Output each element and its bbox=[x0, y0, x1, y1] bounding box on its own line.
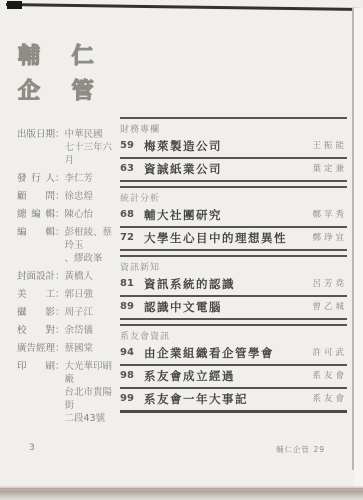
end-divider bbox=[120, 410, 347, 413]
masthead-row: 顧問：徐忠煌 bbox=[17, 190, 119, 203]
toc-section-header: 統計分析 bbox=[120, 193, 347, 205]
section-divider bbox=[120, 249, 347, 257]
divider bbox=[120, 157, 347, 159]
toc-entry-title: 大學生心目中的理想異性 bbox=[144, 231, 312, 245]
toc-entry-title: 資誠紙業公司 bbox=[144, 162, 312, 176]
toc-entry-title: 由企業組織看企管學會 bbox=[144, 346, 312, 360]
masthead-label: 印刷 bbox=[17, 360, 55, 425]
toc-entry: 63 資誠紙業公司 葉定兼 bbox=[120, 162, 347, 176]
masthead-label: 編輯 bbox=[17, 226, 55, 265]
toc-entry: 68 輔大社團研究 鄭苹秀 bbox=[120, 208, 347, 222]
toc-entry: 72 大學生心目中的理想異性 鄭琤宜 bbox=[120, 231, 347, 245]
footer-page-number: 3 bbox=[29, 443, 35, 453]
masthead-label: 發行人 bbox=[17, 172, 55, 185]
toc-entry-page: 72 bbox=[120, 231, 137, 245]
masthead-row: 封面設計：黃橋人 bbox=[17, 270, 119, 283]
toc-section-header: 系友會資訊 bbox=[120, 331, 347, 343]
masthead-colon: ： bbox=[55, 128, 65, 167]
magazine-toc-page: 輔 仁 企 管 出版日期：中華民國 七十三年六月 發行人：李仁芳 顧問：徐忠煌 … bbox=[0, 0, 363, 500]
toc-entry-author: 系友會 bbox=[312, 392, 347, 406]
toc-entry-page: 89 bbox=[120, 300, 137, 314]
masthead-label: 封面設計 bbox=[17, 270, 55, 283]
masthead-row: 廣告經理：蔡國棠 bbox=[17, 342, 119, 355]
masthead-label: 總編輯 bbox=[17, 208, 55, 221]
toc-entry-title: 梅萊製造公司 bbox=[144, 139, 312, 153]
masthead-value: 周子江 bbox=[65, 306, 94, 319]
journal-logo: 輔 仁 企 管 bbox=[18, 46, 106, 116]
masthead-colon: ： bbox=[55, 172, 65, 185]
toc-entry-title: 系友會成立經過 bbox=[144, 369, 312, 383]
toc-entry: 81 資訊系統的認識 呂芳堯 bbox=[120, 277, 347, 291]
masthead-value: 中華民國 七十三年六月 bbox=[65, 128, 119, 167]
masthead-colon: ： bbox=[55, 342, 65, 355]
toc-entry-author: 鄭苹秀 bbox=[312, 208, 347, 222]
divider bbox=[120, 295, 347, 297]
toc-entry: 59 梅萊製造公司 王振能 bbox=[120, 139, 347, 153]
toc-entry: 89 認識中文電腦 曾乙城 bbox=[120, 300, 347, 314]
toc-entry: 99 系友會一年大事記 系友會 bbox=[120, 392, 347, 406]
masthead-colon: ： bbox=[55, 324, 65, 337]
section-divider bbox=[120, 318, 347, 326]
masthead-row: 總編輯：陳心怡 bbox=[17, 208, 119, 221]
toc-entry-title: 輔大社團研究 bbox=[144, 208, 312, 222]
toc-entry-page: 63 bbox=[120, 162, 137, 176]
scan-right-strip bbox=[354, 8, 363, 486]
masthead-label: 美工 bbox=[17, 288, 55, 301]
masthead-value: 徐忠煌 bbox=[65, 190, 94, 203]
toc-entry-title: 資訊系統的認識 bbox=[144, 277, 312, 291]
toc-entry-page: 98 bbox=[120, 369, 137, 383]
toc-entry-author: 王振能 bbox=[312, 139, 347, 153]
logo-line-2: 企 管 bbox=[18, 81, 106, 103]
masthead-colon: ： bbox=[55, 190, 65, 203]
masthead-colon: ： bbox=[55, 226, 65, 265]
toc-entry-title: 認識中文電腦 bbox=[144, 300, 312, 314]
toc-entry-page: 94 bbox=[120, 346, 137, 360]
toc-section-header: 資訊新知 bbox=[120, 262, 347, 274]
masthead-row: 印刷：大光華印刷廠 台北市貴陽街 二段43號 bbox=[17, 360, 119, 425]
masthead-colon: ： bbox=[55, 360, 65, 425]
toc-entry-author: 鄭琤宜 bbox=[312, 231, 347, 245]
section-divider bbox=[120, 180, 347, 188]
toc-entry: 98 系友會成立經過 系友會 bbox=[120, 369, 347, 383]
toc-section-header: 財務專欄 bbox=[120, 124, 347, 136]
masthead-value: 余岱儀 bbox=[65, 324, 94, 337]
masthead-value: 郭日強 bbox=[65, 288, 94, 301]
masthead-colon: ： bbox=[55, 208, 65, 221]
scan-right-edge bbox=[352, 8, 354, 470]
masthead-label: 廣告經理 bbox=[17, 342, 55, 355]
masthead-row: 攝影：周子江 bbox=[17, 306, 119, 319]
scan-corner-blob bbox=[7, 1, 22, 9]
toc-entry-author: 系友會 bbox=[312, 369, 347, 383]
masthead-label: 出版日期 bbox=[17, 128, 55, 167]
toc-entry-page: 68 bbox=[120, 208, 137, 222]
scan-bottom-line bbox=[0, 488, 363, 489]
masthead-value: 黃橋人 bbox=[65, 270, 94, 283]
toc-entry-page: 81 bbox=[120, 277, 137, 291]
masthead-colon: ： bbox=[55, 288, 65, 301]
masthead-row: 美工：郭日強 bbox=[17, 288, 119, 301]
divider bbox=[120, 117, 347, 119]
table-of-contents: 財務專欄 59 梅萊製造公司 王振能 63 資誠紙業公司 葉定兼 統計分析 68… bbox=[120, 117, 347, 413]
masthead-row: 發行人：李仁芳 bbox=[17, 172, 119, 185]
masthead-label: 攝影 bbox=[17, 306, 55, 319]
masthead-value: 蔡國棠 bbox=[65, 342, 94, 355]
masthead-colon: ： bbox=[55, 306, 65, 319]
masthead-value: 彭柑綾、蔡玲玉 、繆政峯 bbox=[65, 226, 119, 265]
masthead-row: 編輯：彭柑綾、蔡玲玉 、繆政峯 bbox=[17, 226, 119, 265]
masthead-value: 陳心怡 bbox=[65, 208, 94, 221]
toc-entry-page: 99 bbox=[120, 392, 137, 406]
divider bbox=[120, 364, 347, 366]
scan-top-edge bbox=[6, 3, 363, 11]
toc-entry-author: 許可武 bbox=[312, 346, 347, 360]
toc-entry-title: 系友會一年大事記 bbox=[144, 392, 312, 406]
masthead-label: 校對 bbox=[17, 324, 55, 337]
divider bbox=[120, 387, 347, 389]
toc-entry-author: 葉定兼 bbox=[312, 162, 347, 176]
masthead: 出版日期：中華民國 七十三年六月 發行人：李仁芳 顧問：徐忠煌 總編輯：陳心怡 … bbox=[17, 128, 119, 430]
logo-line-1: 輔 仁 bbox=[18, 46, 106, 68]
toc-entry-author: 呂芳堯 bbox=[312, 277, 347, 291]
divider bbox=[120, 226, 347, 228]
masthead-value: 大光華印刷廠 台北市貴陽街 二段43號 bbox=[65, 360, 119, 425]
masthead-colon: ： bbox=[55, 270, 65, 283]
toc-entry: 94 由企業組織看企管學會 許可武 bbox=[120, 346, 347, 360]
footer-journal-label: 輔仁企管 29 bbox=[276, 444, 325, 455]
toc-entry-author: 曾乙城 bbox=[312, 300, 347, 314]
masthead-label: 顧問 bbox=[17, 190, 55, 203]
masthead-row: 出版日期：中華民國 七十三年六月 bbox=[17, 128, 119, 167]
masthead-row: 校對：余岱儀 bbox=[17, 324, 119, 337]
toc-entry-page: 59 bbox=[120, 139, 137, 153]
masthead-value: 李仁芳 bbox=[65, 172, 94, 185]
